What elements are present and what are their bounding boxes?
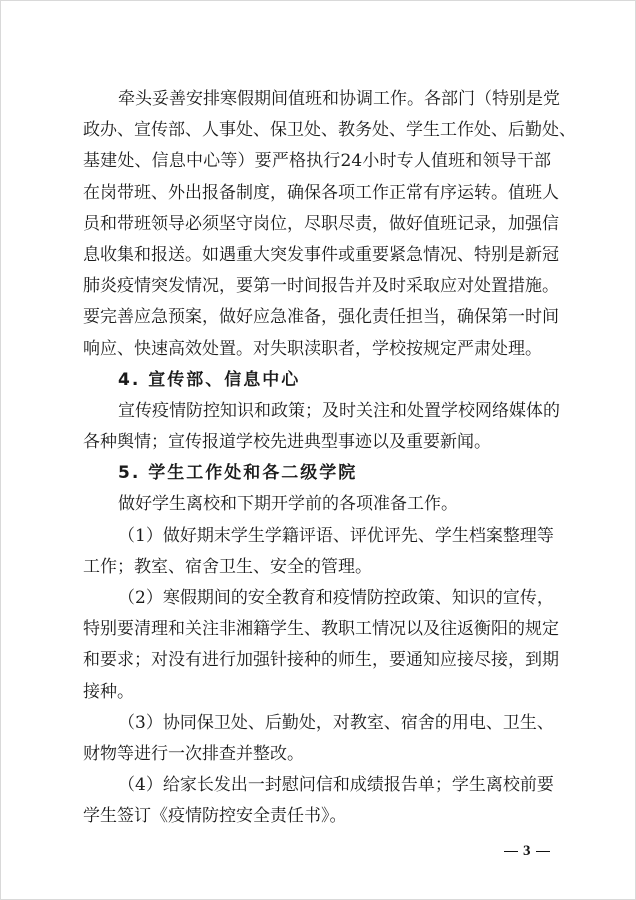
list-item-2-line: 接种。 — [83, 677, 551, 708]
paragraph-line: 基建处、信息中心等）要严格执行24小时专人值班和领导干部 — [83, 146, 551, 177]
page-number-value: 3 — [523, 843, 531, 859]
document-page: 牵头妥善安排寒假期间值班和协调工作。各部门（特别是党 政办、宣传部、人事处、保卫… — [0, 0, 636, 900]
paragraph-line: 肺炎疫情突发情况，要第一时间报告并及时采取应对处置措施。 — [83, 271, 551, 302]
page-number: 3 — [499, 843, 555, 860]
dash-decoration — [504, 851, 518, 852]
paragraph-line: 宣传疫情防控知识和政策；及时关注和处置学校网络媒体的 — [83, 396, 551, 427]
list-item-2-line: 和要求；对没有进行加强针接种的师生，要通知应接尽接，到期 — [83, 645, 551, 676]
paragraph-line: 政办、宣传部、人事处、保卫处、教务处、学生工作处、后勤处、 — [83, 115, 551, 146]
paragraph-line: 各种舆情；宣传报道学校先进典型事迹以及重要新闻。 — [83, 427, 551, 458]
paragraph-line: 要完善应急预案，做好应急准备，强化责任担当，确保第一时间 — [83, 302, 551, 333]
list-item-2-line: （2）寒假期间的安全教育和疫情防控政策、知识的宣传， — [83, 583, 551, 614]
list-item-3-line: 财物等进行一次排查并整改。 — [83, 739, 551, 770]
paragraph-line: 息收集和报送。如遇重大突发事件或重要紧急情况、特别是新冠 — [83, 240, 551, 271]
document-body: 牵头妥善安排寒假期间值班和协调工作。各部门（特别是党 政办、宣传部、人事处、保卫… — [83, 84, 551, 833]
dash-decoration — [536, 851, 550, 852]
list-item-4-line: （4）给家长发出一封慰问信和成绩报告单；学生离校前要 — [83, 770, 551, 801]
section-heading-5: 5. 学生工作处和各二级学院 — [83, 458, 551, 489]
list-item-3-line: （3）协同保卫处、后勤处，对教室、宿舍的用电、卫生、 — [83, 708, 551, 739]
paragraph-line: 员和带班领导必须坚守岗位，尽职尽责，做好值班记录，加强信 — [83, 209, 551, 240]
list-item-1-line: 工作；教室、宿舍卫生、安全的管理。 — [83, 552, 551, 583]
list-item-2-line: 特别要清理和关注非湘籍学生、教职工情况以及往返衡阳的规定 — [83, 614, 551, 645]
section-heading-4: 4. 宣传部、信息中心 — [83, 365, 551, 396]
paragraph-line: 在岗带班、外出报备制度，确保各项工作正常有序运转。值班人 — [83, 178, 551, 209]
list-item-4-line: 学生签订《疫情防控安全责任书》。 — [83, 801, 551, 832]
list-item-1-line: （1）做好期末学生学籍评语、评优评先、学生档案整理等 — [83, 521, 551, 552]
paragraph-line: 牵头妥善安排寒假期间值班和协调工作。各部门（特别是党 — [83, 84, 551, 115]
paragraph-line: 响应、快速高效处置。对失职渎职者，学校按规定严肃处理。 — [83, 334, 551, 365]
paragraph-line: 做好学生离校和下期开学前的各项准备工作。 — [83, 489, 551, 520]
